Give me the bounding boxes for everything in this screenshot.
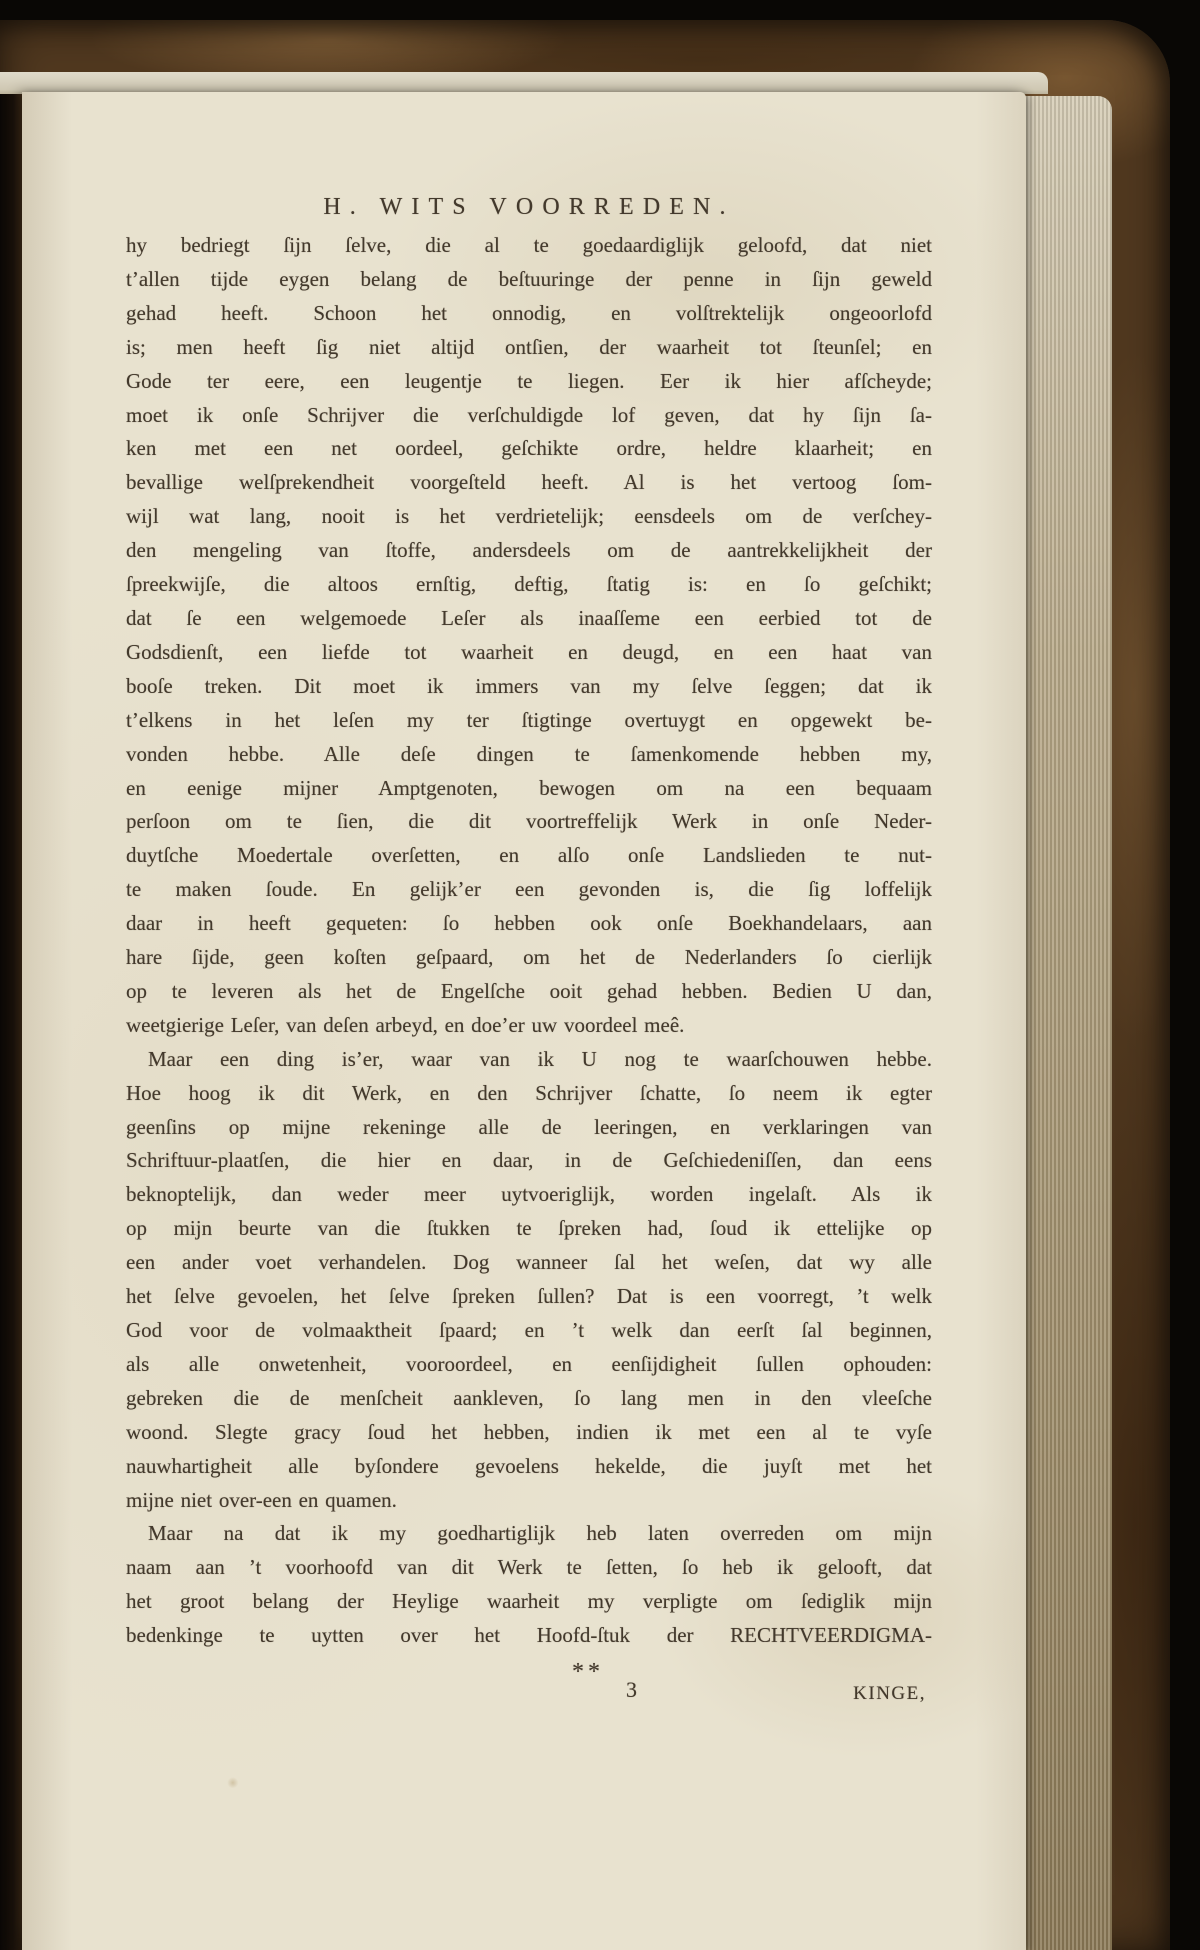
text-line: God voor de volmaaktheit ſpaard; en ’t w… (126, 1314, 932, 1348)
text-line: t’allen tijde eygen belang de beſtuuring… (126, 263, 932, 297)
book-photo-background: { "page": { "header": "H. WITS VOORREDEN… (0, 0, 1200, 1950)
text-line: bedenkinge te uytten over het Hoofd-ſtuk… (126, 1619, 932, 1653)
gutter-shadow (0, 94, 24, 1950)
text-line: moet ik onſe Schrijver die verſchuldigde… (126, 399, 932, 433)
text-line: booſe treken. Dit moet ik immers van my … (126, 670, 932, 704)
text-line: Maar na dat ik my goedhartiglijk heb lat… (126, 1517, 932, 1551)
text-line: beknoptelijk, dan weder meer uytvoerigli… (126, 1178, 932, 1212)
text-line: het groot belang der Heylige waarheit my… (126, 1585, 932, 1619)
signature-row: ** 3 KINGE, (126, 1657, 932, 1727)
signature-number: 3 (626, 1677, 637, 1703)
signature-mark: ** (572, 1659, 604, 1686)
text-line: Maar een ding is’er, waar van ik U nog t… (126, 1043, 932, 1077)
text-line: den mengeling van ſtoffe, andersdeels om… (126, 534, 932, 568)
text-line: weetgierige Leſer, van deſen arbeyd, en … (126, 1009, 932, 1043)
text-line: een ander voet verhandelen. Dog wanneer … (126, 1246, 932, 1280)
text-line: woond. Slegte gracy ſoud het hebben, ind… (126, 1416, 932, 1450)
text-line: ken met een net oordeel, geſchikte ordre… (126, 432, 932, 466)
text-line: daar in heeft gequeten: ſo hebben ook on… (126, 907, 932, 941)
text-line: mijne niet over-een en quamen. (126, 1484, 932, 1518)
text-line: Hoe hoog ik dit Werk, en den Schrijver ſ… (126, 1077, 932, 1111)
text-line: vonden hebbe. Alle deſe dingen te ſamenk… (126, 738, 932, 772)
book-page: H. WITS VOORREDEN. hy bedriegt ſijn ſelv… (22, 92, 1026, 1950)
page-header: H. WITS VOORREDEN. (126, 194, 932, 221)
text-line: nauwhartigheit alle byſondere gevoelens … (126, 1450, 932, 1484)
page-stack-edge-top (0, 72, 1048, 94)
text-line: Gode ter eere, een leugentje te liegen. … (126, 365, 932, 399)
text-line: het ſelve gevoelen, het ſelve ſpreken ſu… (126, 1280, 932, 1314)
text-line: op mijn beurte van die ſtukken te ſpreke… (126, 1212, 932, 1246)
text-line: wijl wat lang, nooit is het verdrietelij… (126, 500, 932, 534)
catchword: KINGE, (853, 1683, 926, 1705)
text-line: Godsdienſt, een liefde tot waarheit en d… (126, 636, 932, 670)
text-line: als alle onwetenheit, vooroordeel, en ee… (126, 1348, 932, 1382)
text-line: bevallige welſprekendheit voorgeſteld he… (126, 466, 932, 500)
text-line: te maken ſoude. En gelijk’er een gevonde… (126, 873, 932, 907)
text-block: H. WITS VOORREDEN. hy bedriegt ſijn ſelv… (126, 194, 932, 1727)
page-stack-edge-right (1024, 96, 1112, 1950)
text-line: geenſins op mijne rekeninge alle de leer… (126, 1111, 932, 1145)
text-line: hy bedriegt ſijn ſelve, die al te goedaa… (126, 229, 932, 263)
text-line: duytſche Moedertale overſetten, en alſo … (126, 839, 932, 873)
text-line: naam aan ’t voorhoofd van dit Werk te ſe… (126, 1551, 932, 1585)
text-line: ſpreekwijſe, die altoos ernſtig, deftig,… (126, 568, 932, 602)
text-line: t’elkens in het leſen my ter ſtigtinge o… (126, 704, 932, 738)
text-line: en eenige mijner Amptgenoten, bewogen om… (126, 772, 932, 806)
text-line: hare ſijde, geen koſten geſpaard, om het… (126, 941, 932, 975)
text-line: perſoon om te ſien, die dit voortreffeli… (126, 805, 932, 839)
text-line: Schriftuur-plaatſen, die hier en daar, i… (126, 1144, 932, 1178)
text-line: dat ſe een welgemoede Leſer als inaaſſem… (126, 602, 932, 636)
text-line: is; men heeft ſig niet altijd ontſien, d… (126, 331, 932, 365)
text-line: gebreken die de menſcheit aankleven, ſo … (126, 1382, 932, 1416)
text-line: op te leveren als het de Engelſche ooit … (126, 975, 932, 1009)
body-lines: hy bedriegt ſijn ſelve, die al te goedaa… (126, 229, 932, 1653)
text-line: gehad heeft. Schoon het onnodig, en volſ… (126, 297, 932, 331)
